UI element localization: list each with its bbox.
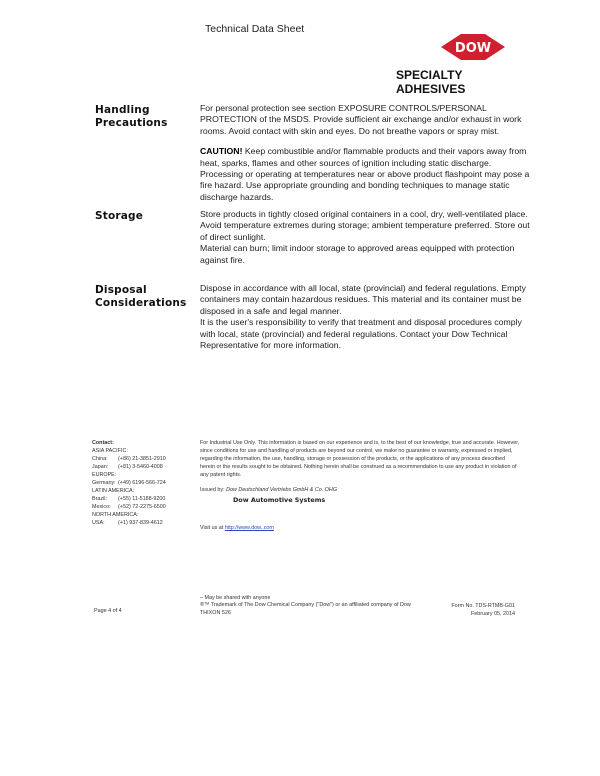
phone: (+1) 937-839-4612 — [118, 519, 163, 527]
paragraph-text: Store products in tightly closed origina… — [200, 209, 535, 243]
country: Mexico: — [92, 503, 118, 511]
phone: (+49) 6196-566-724 — [118, 479, 166, 487]
issued-label: Issued by: — [200, 487, 225, 493]
contact-row: China:(+86) 21-3851-2910 — [92, 455, 166, 463]
paragraph-text: Material can burn; limit indoor storage … — [200, 243, 535, 266]
disclaimer: For Industrial Use Only. This informatio… — [200, 439, 520, 479]
section-body-handling: For personal protection see section EXPO… — [200, 103, 535, 212]
paragraph-text: Keep combustible and/or flammable produc… — [200, 146, 529, 202]
product-line-title: SPECIALTY ADHESIVES — [396, 68, 465, 96]
phone: (+81) 3-5460-4008 — [118, 463, 163, 471]
region-label: EUROPE: — [92, 471, 166, 479]
form-info: Form No. TDS-RTMB-G01 February 05, 2014 — [425, 602, 515, 618]
section-heading-storage: Storage — [95, 210, 143, 223]
paragraph: For personal protection see section EXPO… — [200, 103, 535, 137]
trademark-note: ®™ Trademark of The Dow Chemical Company… — [200, 602, 411, 608]
country: Brazil: — [92, 495, 118, 503]
country: USA: — [92, 519, 118, 527]
document-type: Technical Data Sheet — [205, 23, 304, 35]
contact-row: USA:(+1) 937-839-4612 — [92, 519, 166, 527]
phone: (+52) 72-2275-6500 — [118, 503, 166, 511]
contact-row: Japan:(+81) 3-5460-4008 — [92, 463, 166, 471]
section-heading-disposal: Disposal Considerations — [95, 284, 187, 310]
country: China: — [92, 455, 118, 463]
paragraph-text: For personal protection see section EXPO… — [200, 103, 521, 136]
form-date: February 05, 2014 — [425, 610, 515, 618]
visit-us: Visit us at http://www.dow..com — [200, 525, 274, 531]
product-line-1: SPECIALTY — [396, 68, 465, 82]
contact-label: Contact: — [92, 439, 166, 447]
region-label: ASIA PACIFIC: — [92, 447, 166, 455]
region-label: LATIN AMERICA: — [92, 487, 166, 495]
contact-row: Brazil:(+55) 11-5188-9200 — [92, 495, 166, 503]
issuer-org: Dow Automotive Systems — [233, 496, 325, 504]
heading-line: Handling — [95, 104, 168, 117]
dow-logo: DOW — [441, 34, 505, 60]
heading-line: Storage — [95, 210, 143, 223]
caution-label: CAUTION! — [200, 146, 242, 156]
dow-diamond-icon: DOW — [441, 34, 505, 60]
paragraph-text: Dispose in accordance with all local, st… — [200, 283, 535, 317]
country: Germany: — [92, 479, 118, 487]
svg-text:DOW: DOW — [455, 41, 491, 56]
country: Japan: — [92, 463, 118, 471]
page-number: Page 4 of 4 — [94, 608, 122, 614]
issued-by: Issued by: Dow Deutschland Vertriebs Gmb… — [200, 487, 337, 493]
region-label: NORTH AMERICA: — [92, 511, 166, 519]
form-number: Form No. TDS-RTMB-G01 — [425, 602, 515, 610]
phone: (+55) 11-5188-9200 — [118, 495, 165, 503]
contact-row: Germany:(+49) 6196-566-724 — [92, 479, 166, 487]
heading-line: Disposal — [95, 284, 187, 297]
website-link[interactable]: http://www.dow..com — [225, 525, 274, 531]
phone: (+86) 21-3851-2910 — [118, 455, 166, 463]
product-name: THIXON 526 — [200, 610, 231, 616]
caution-paragraph: CAUTION! Keep combustible and/or flammab… — [200, 146, 535, 203]
contact-block: Contact: ASIA PACIFIC: China:(+86) 21-38… — [92, 439, 166, 527]
section-body-storage: Store products in tightly closed origina… — [200, 209, 535, 266]
contact-row: Mexico:(+52) 72-2275-6500 — [92, 503, 166, 511]
heading-line: Considerations — [95, 297, 187, 310]
heading-line: Precautions — [95, 117, 168, 130]
section-body-disposal: Dispose in accordance with all local, st… — [200, 283, 535, 351]
section-heading-handling: Handling Precautions — [95, 104, 168, 130]
paragraph-text: It is the user's responsibility to verif… — [200, 317, 535, 351]
share-note: – May be shared with anyone — [200, 595, 270, 601]
visit-label: Visit us at — [200, 525, 223, 531]
product-line-2: ADHESIVES — [396, 82, 465, 96]
issuer-name: Dow Deutschland Vertriebs GmbH & Co. OHG — [226, 487, 337, 493]
